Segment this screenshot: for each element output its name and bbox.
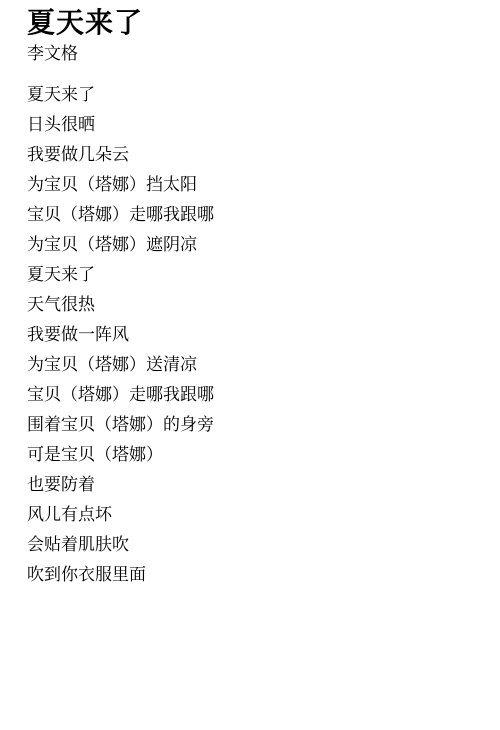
lyric-line: 我要做几朵云: [27, 140, 480, 170]
lyric-line: 日头很晒: [27, 110, 480, 140]
lyric-line: 我要做一阵风: [27, 320, 480, 350]
lyric-line: 也要防着: [27, 470, 480, 500]
lyric-line: 围着宝贝（塔娜）的身旁: [27, 410, 480, 440]
lyric-line: 会贴着肌肤吹: [27, 530, 480, 560]
lyric-line: 可是宝贝（塔娜）: [27, 440, 480, 470]
lyric-line: 吹到你衣服里面: [27, 560, 480, 590]
lyric-line: 为宝贝（塔娜）送清凉: [27, 350, 480, 380]
lyrics-page: 夏天来了 李文格 夏天来了 日头很晒 我要做几朵云 为宝贝（塔娜）挡太阳 宝贝（…: [0, 0, 500, 730]
song-title: 夏天来了: [27, 8, 480, 38]
lyric-line: 天气很热: [27, 290, 480, 320]
lyric-line: 夏天来了: [27, 260, 480, 290]
lyric-line: 为宝贝（塔娜）遮阴凉: [27, 230, 480, 260]
lyric-line: 风儿有点坏: [27, 500, 480, 530]
lyrics-body: 夏天来了 日头很晒 我要做几朵云 为宝贝（塔娜）挡太阳 宝贝（塔娜）走哪我跟哪 …: [27, 80, 480, 590]
lyric-line: 为宝贝（塔娜）挡太阳: [27, 170, 480, 200]
lyric-line: 夏天来了: [27, 80, 480, 110]
lyric-line: 宝贝（塔娜）走哪我跟哪: [27, 200, 480, 230]
lyric-line: 宝贝（塔娜）走哪我跟哪: [27, 380, 480, 410]
artist-name: 李文格: [27, 42, 480, 66]
